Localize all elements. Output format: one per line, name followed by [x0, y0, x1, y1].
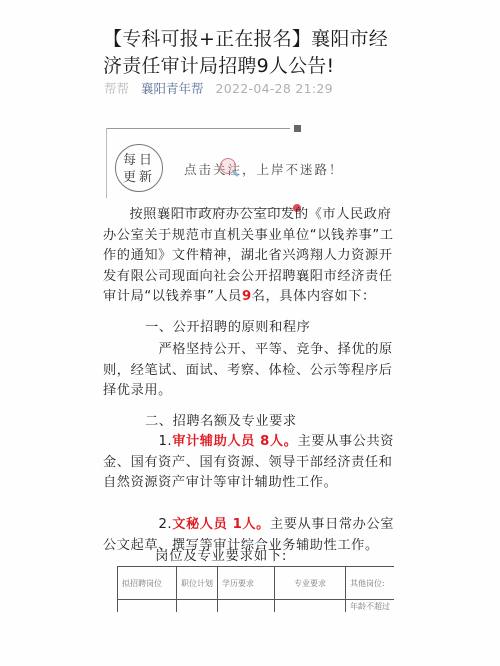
- article-tag: 帮帮: [104, 81, 129, 96]
- table-row: 年龄不超过: [118, 600, 395, 613]
- table-header-cell: 学历要求: [218, 567, 275, 600]
- banner-left-line: [106, 128, 107, 198]
- banner-square-ornament: [294, 125, 301, 132]
- follow-banner: 每日 更新 点击关注，上岸不迷路！: [106, 124, 406, 214]
- table-cell: 年龄不超过: [346, 600, 395, 613]
- table-cell: [218, 600, 275, 613]
- table-header-cell: 职位计划: [177, 567, 218, 600]
- follow-slogan: 点击关注，上岸不迷路！: [184, 160, 344, 178]
- article-meta: 帮帮 襄阳青年帮 2022-04-28 21:29: [104, 80, 333, 98]
- table-header-cell: 其他岗位:: [346, 567, 395, 600]
- table-cell: [177, 600, 218, 613]
- item-number: 1.: [158, 434, 172, 449]
- headcount-highlight: 9: [242, 289, 252, 304]
- requirements-table: 拟招聘岗位 职位计划 学历要求 专业要求 其他岗位: 年龄不超过: [117, 566, 394, 612]
- account-name-link[interactable]: 襄阳青年帮: [141, 81, 204, 96]
- banner-top-line: [106, 128, 290, 129]
- position-item-1: 1.审计辅助人员 8人。主要从事公共资金、国有资产、国有资源、领导干部经济责任和…: [103, 432, 405, 494]
- position-highlight: 文秘人员 1人。: [172, 517, 270, 532]
- requirements-table-image: 拟招聘岗位 职位计划 学历要求 专业要求 其他岗位: 年龄不超过: [117, 566, 415, 612]
- table-header-cell: 专业要求: [275, 567, 346, 600]
- intro-paragraph: 按照襄阳市政府办公室印发的《市人民政府办公室关于规范市直机关事业单位“以钱养事”…: [103, 205, 405, 308]
- section-2-heading: 二、招聘名额及专业要求: [145, 412, 447, 433]
- item-number: 2.: [158, 517, 172, 532]
- intro-text-end: 名，具体内容如下：: [252, 289, 376, 304]
- section-1-heading: 一、公开招聘的原则和程序: [145, 318, 447, 339]
- table-cell: [275, 600, 346, 613]
- table-caption: 岗位及专业要求如下:: [155, 546, 457, 567]
- article-title: 【专科可报+正在报名】襄阳市经济责任审计局招聘9人公告!: [103, 26, 403, 80]
- table-cell: [118, 600, 177, 613]
- publish-date: 2022-04-28 21:29: [216, 81, 333, 96]
- position-highlight: 审计辅助人员 8人。: [172, 434, 297, 449]
- table-header-cell: 拟招聘岗位: [118, 567, 177, 600]
- badge-line-2: 更新: [116, 169, 162, 186]
- section-1-paragraph: 严格坚持公开、平等、竞争、择优的原则，经笔试、面试、考察、体检、公示等程序后择优…: [103, 340, 405, 402]
- daily-update-badge: 每日 更新: [115, 144, 163, 192]
- badge-line-1: 每日: [116, 152, 162, 169]
- table-header-row: 拟招聘岗位 职位计划 学历要求 专业要求 其他岗位:: [118, 567, 395, 600]
